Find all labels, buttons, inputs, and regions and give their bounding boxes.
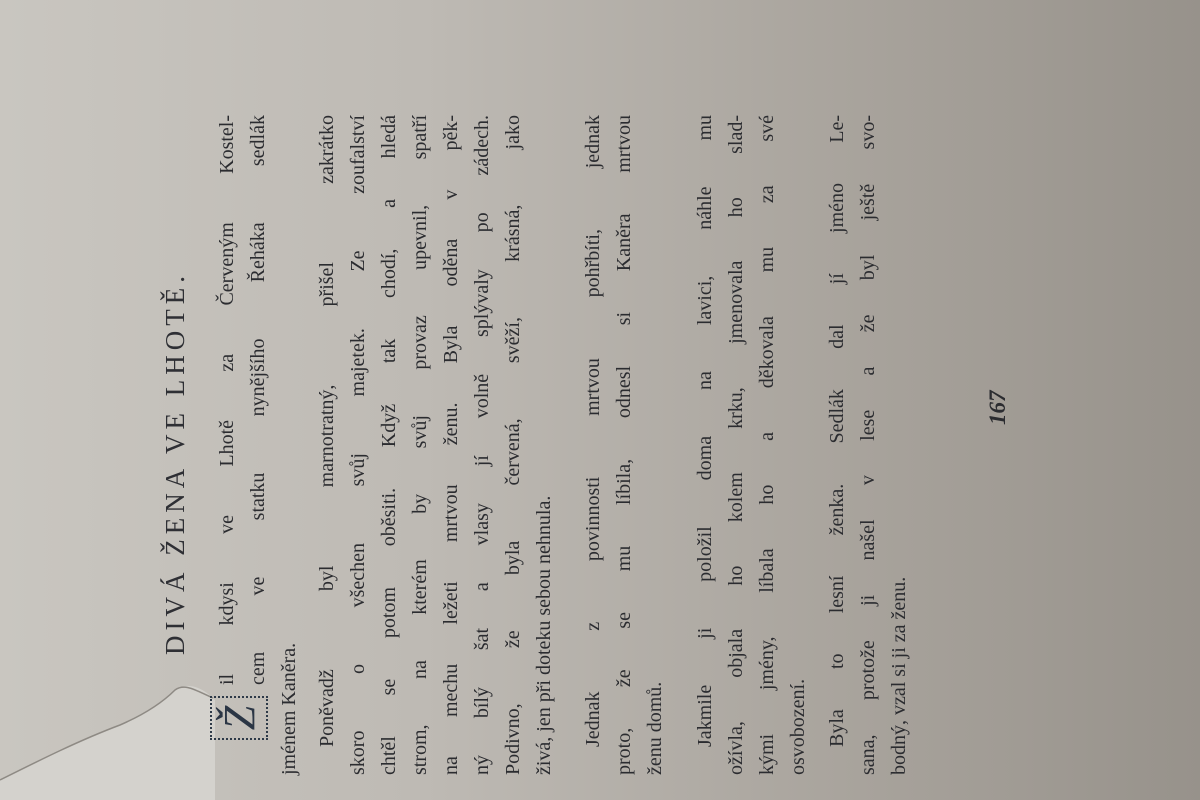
paragraph-1: il kdysi ve Lhotě za Červeným Kostel- ce… <box>212 115 305 775</box>
text-line: bodný, vzal si ji za ženu. <box>884 115 915 775</box>
page-number: 167 <box>985 391 1011 426</box>
chapter-title: DIVÁ ŽENA VE LHOTĚ. <box>160 271 191 655</box>
text-line: ný bílý šat a vlasy jí volně splývaly po… <box>467 115 498 775</box>
paragraph-5: Byla to lesní ženka. Sedlák dal jí jméno… <box>822 115 915 775</box>
paragraph-4: Jakmile ji položil doma na lavici, náhle… <box>690 115 814 775</box>
text-line: Byla to lesní ženka. Sedlák dal jí jméno… <box>822 115 853 775</box>
text-line: kými jmény, líbala ho a děkovala mu za s… <box>752 115 783 775</box>
text-line: proto, že se mu líbila, odnesl si Kaněra… <box>609 115 640 775</box>
text-line: Poněvadž byl marnotratný, přišel zakrátk… <box>312 115 343 775</box>
text-line: ožívla, objala ho kolem krku, jmenovala … <box>721 115 752 775</box>
paragraph-3: Jednak z povinnosti mrtvou pohřbíti, jed… <box>578 115 671 775</box>
book-page: DIVÁ ŽENA VE LHOTĚ. Ž il kdysi ve Lhotě … <box>160 95 1040 775</box>
text-line: strom, na kterém by svůj provaz upevnil,… <box>405 115 436 775</box>
text-line: skoro o všechen svůj majetek. Ze zoufals… <box>343 115 374 775</box>
text-line: osvobození. <box>783 115 814 775</box>
paragraph-2: Poněvadž byl marnotratný, přišel zakrátk… <box>312 115 560 775</box>
text-line: živá, jen při doteku sebou nehnula. <box>529 115 560 775</box>
text-line: Podivno, že byla červená, svěží, krásná,… <box>498 115 529 775</box>
text-line: jménem Kaněra. <box>274 115 305 775</box>
text-line: chtěl se potom oběsiti. Když tak chodí, … <box>374 115 405 775</box>
text-line: ženu domů. <box>640 115 671 775</box>
text-line: na mechu ležeti mrtvou ženu. Byla oděna … <box>436 115 467 775</box>
text-line: Jednak z povinnosti mrtvou pohřbíti, jed… <box>578 115 609 775</box>
text-line: sana, protože ji našel v lese a že byl j… <box>853 115 884 775</box>
text-line: il kdysi ve Lhotě za Červeným Kostel- <box>212 115 243 685</box>
text-line: Jakmile ji položil doma na lavici, náhle… <box>690 115 721 775</box>
text-line: cem ve statku nynějšího Řeháka sedlák <box>243 115 274 685</box>
